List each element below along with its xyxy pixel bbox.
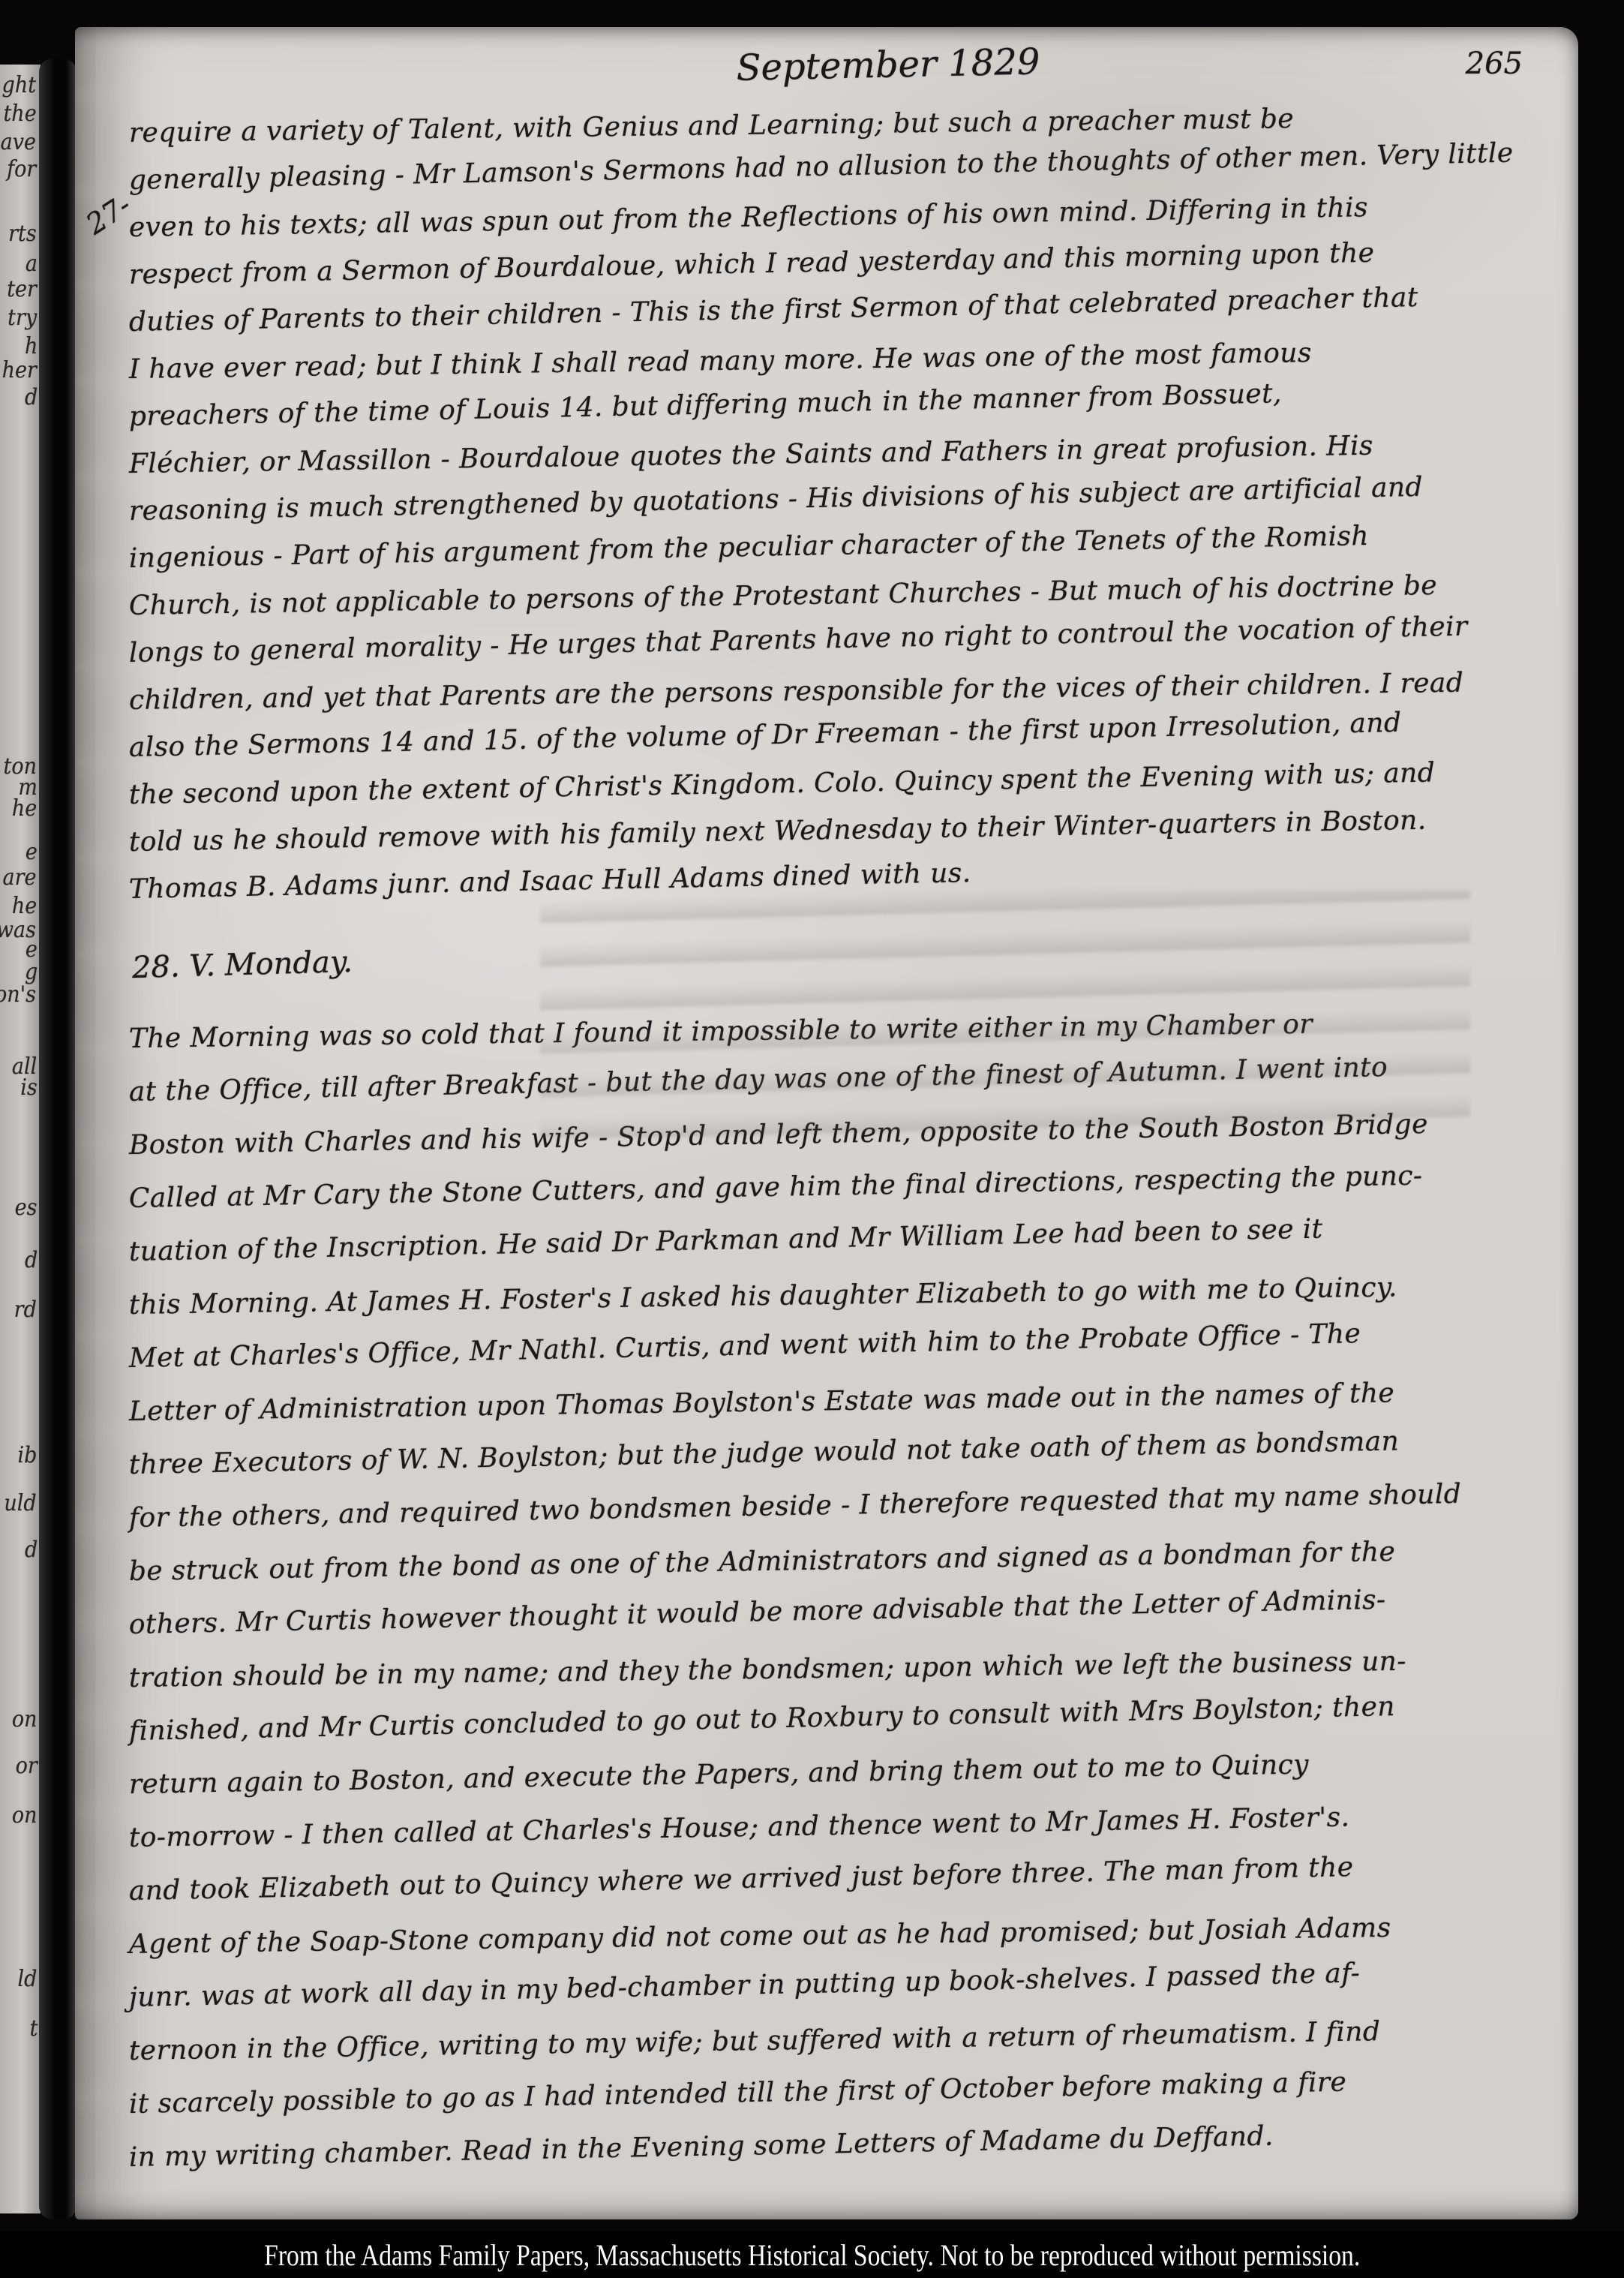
facing-page-text-fragment: ld — [18, 1966, 38, 1992]
facing-page-text-fragment: rd — [14, 1297, 37, 1323]
entry-body: The Morning was so cold that I found it … — [129, 1012, 1550, 2184]
facing-page-text-fragment: he — [12, 893, 37, 919]
archive-caption: From the Adams Family Papers, Massachuse… — [264, 2237, 1360, 2273]
facing-page-text-fragment: ave — [1, 129, 36, 155]
facing-page-text-fragment: d — [25, 384, 38, 410]
facing-page-edge: ghttheaveforrtsatertryhherdtonmheearehew… — [0, 65, 41, 2213]
facing-page-text-fragment: h — [25, 333, 38, 359]
entry-body: require a variety of Talent, with Genius… — [129, 110, 1550, 913]
facing-page-text-fragment: t — [30, 2015, 38, 2042]
facing-page-text-fragment: on — [11, 1706, 37, 1733]
facing-page-text-fragment: es — [15, 1195, 38, 1221]
scanned-manuscript: ghttheaveforrtsatertryhherdtonmheearehew… — [0, 0, 1624, 2278]
facing-page-text-fragment: on's — [0, 981, 36, 1008]
page-header-date: September 1829 — [129, 30, 1550, 102]
page-number: 265 — [1466, 47, 1523, 81]
facing-page-text-fragment: her — [2, 357, 36, 383]
entry-heading-sep-28: 28. V. Monday. — [131, 945, 353, 985]
facing-page-text-fragment: the — [3, 101, 36, 127]
facing-page-text-fragment: d — [25, 1537, 38, 1563]
facing-page-text-fragment: ib — [18, 1442, 38, 1468]
facing-page-text-fragment: for — [8, 156, 37, 182]
facing-page-text-fragment: ter — [7, 276, 37, 302]
facing-page-text-fragment: a — [26, 251, 38, 277]
facing-page-text-fragment: e — [26, 839, 38, 865]
manuscript-page: September 1829 265 27- require a variety… — [75, 27, 1578, 2219]
facing-page-text-fragment: he — [12, 795, 37, 822]
caption-bar: From the Adams Family Papers, Massachuse… — [0, 2231, 1624, 2278]
facing-page-text-fragment: are — [3, 864, 37, 891]
book-gutter — [39, 59, 77, 2219]
facing-page-text-fragment: on — [11, 1802, 37, 1829]
facing-page-text-fragment: d — [25, 1247, 38, 1273]
facing-page-text-fragment: ght — [2, 72, 37, 98]
facing-page-text-fragment: or — [15, 1753, 37, 1779]
facing-page-text-fragment: rts — [8, 221, 37, 247]
diary-entry-sep-27: 27- require a variety of Talent, with Ge… — [129, 110, 1550, 913]
diary-entry-sep-28: The Morning was so cold that I found it … — [129, 1012, 1550, 2184]
facing-page-text-fragment: try — [8, 305, 37, 331]
facing-page-text-fragment: is — [20, 1074, 38, 1101]
facing-page-text-fragment: uld — [4, 1490, 36, 1516]
